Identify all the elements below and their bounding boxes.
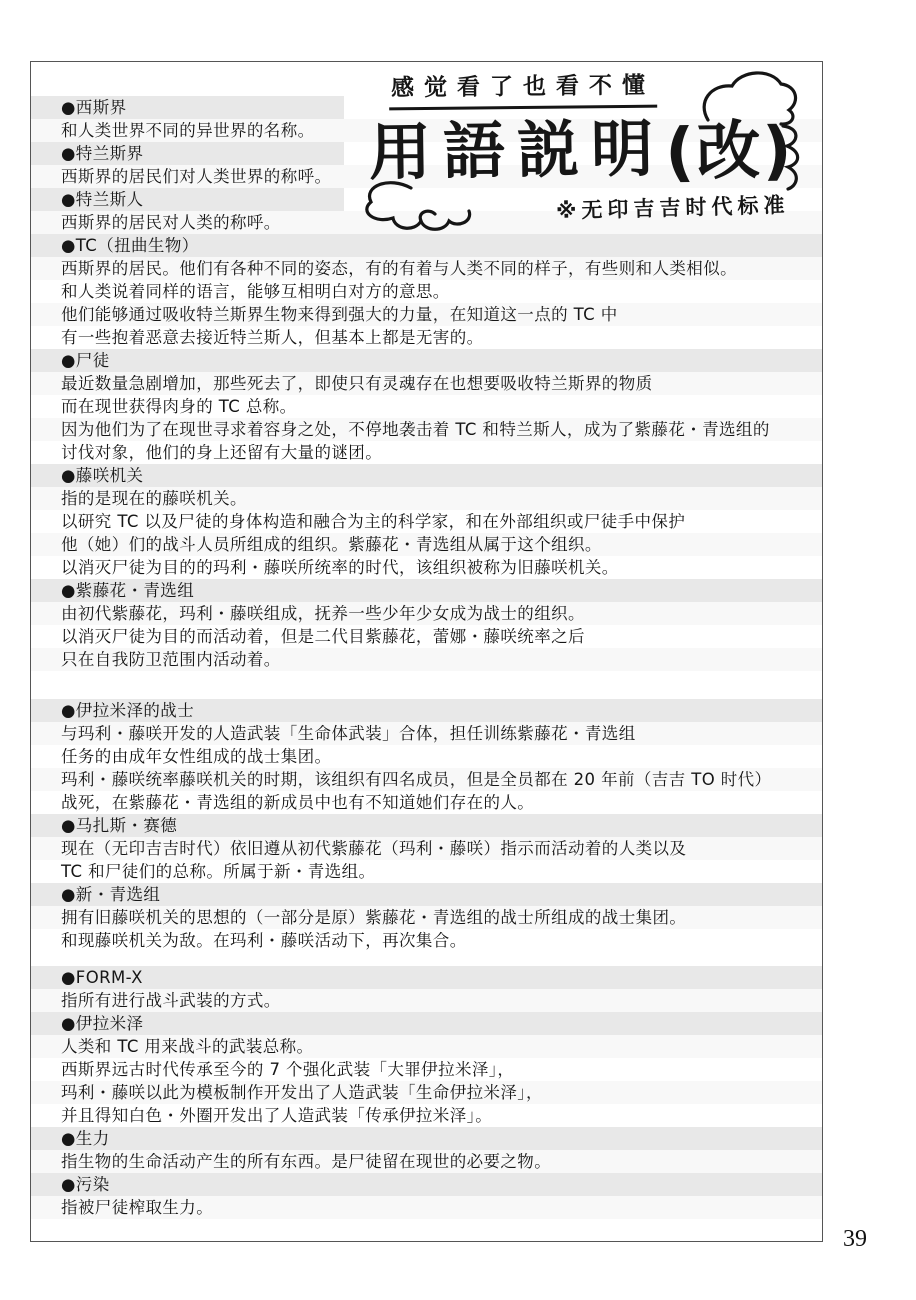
glossary-definition-line: 指被尸徒榨取生力。 <box>31 1196 822 1219</box>
glossary-definition-line: TC 和尸徒们的总称。所属于新・青选组。 <box>31 860 822 883</box>
glossary-term-header: ●特兰斯界 <box>31 142 344 165</box>
glossary-term-header: ●污染 <box>31 1173 822 1196</box>
glossary-definition-line: 以消灭尸徒为目的而活动着，但是二代目紫藤花，蕾娜・藤咲统率之后 <box>31 625 822 648</box>
glossary-term-header: ●TC（扭曲生物） <box>31 234 822 257</box>
glossary-term-header: ●马扎斯・赛德 <box>31 814 822 837</box>
glossary-term-header: ●藤咲机关 <box>31 464 822 487</box>
glossary-definition-line: 最近数量急剧增加，那些死去了，即使只有灵魂存在也想要吸收特兰斯界的物质 <box>31 372 822 395</box>
glossary-definition-line: 西斯界的居民对人类的称呼。 <box>31 211 822 234</box>
glossary-definition-line: 西斯界的居民。他们有各种不同的姿态，有的有着与人类不同的样子，有些则和人类相似。 <box>31 257 822 280</box>
glossary-definition-line: 只在自我防卫范围内活动着。 <box>31 648 822 671</box>
glossary-definition-line: 西斯界的居民们对人类世界的称呼。 <box>31 165 822 188</box>
glossary-definition-line: 以消灭尸徒为目的的玛利・藤咲所统率的时代，该组织被称为旧藤咲机关。 <box>31 556 822 579</box>
glossary-definition-line: 以研究 TC 以及尸徒的身体构造和融合为主的科学家，和在外部组织或尸徒手中保护 <box>31 510 822 533</box>
glossary-definition-line: 有一些抱着恶意去接近特兰斯人，但基本上都是无害的。 <box>31 326 822 349</box>
glossary-definition-line: 由初代紫藤花，玛利・藤咲组成，抚养一些少年少女成为战士的组织。 <box>31 602 822 625</box>
glossary-definition-line: 指生物的生命活动产生的所有东西。是尸徒留在现世的必要之物。 <box>31 1150 822 1173</box>
glossary-definition-line: 现在（无印吉吉时代）依旧遵从初代紫藤花（玛利・藤咲）指示而活动着的人类以及 <box>31 837 822 860</box>
section-spacer <box>31 952 822 966</box>
glossary-term-header: ●生力 <box>31 1127 822 1150</box>
glossary-term-header: ●西斯界 <box>31 96 344 119</box>
glossary-term-header: ●特兰斯人 <box>31 188 344 211</box>
section-spacer <box>31 671 822 699</box>
glossary-definition-line: 玛利・藤咲统率藤咲机关的时期，该组织有四名成员，但是全员都在 20 年前（吉吉 … <box>31 768 822 791</box>
page-frame: 感觉看了也看不懂 用語説明(改) ※无印吉吉时代标准 ●西斯界和人类世界不同的异… <box>30 61 823 1242</box>
glossary-definition-line: 因为他们为了在现世寻求着容身之处，不停地袭击着 TC 和特兰斯人，成为了紫藤花・… <box>31 418 822 441</box>
glossary-definition-line: 与玛利・藤咲开发的人造武装「生命体武装」合体，担任训练紫藤花・青选组 <box>31 722 822 745</box>
glossary-definition-line: 而在现世获得肉身的 TC 总称。 <box>31 395 822 418</box>
glossary-term-header: ●新・青选组 <box>31 883 822 906</box>
glossary-definition-line: 并且得知白色・外圈开发出了人造武装「传承伊拉米泽」。 <box>31 1104 822 1127</box>
glossary-definition-line: 西斯界远古时代传承至今的 7 个强化武装「大罪伊拉米泽」， <box>31 1058 822 1081</box>
glossary-definition-line: 和人类说着同样的语言，能够互相明白对方的意思。 <box>31 280 822 303</box>
glossary-definition-line: 拥有旧藤咲机关的思想的（一部分是原）紫藤花・青选组的战士所组成的战士集团。 <box>31 906 822 929</box>
glossary-definition-line: 指所有进行战斗武装的方式。 <box>31 989 822 1012</box>
glossary-term-header: ●伊拉米泽 <box>31 1012 822 1035</box>
glossary-definition-line: 他们能够通过吸收特兰斯界生物来得到强大的力量，在知道这一点的 TC 中 <box>31 303 822 326</box>
glossary-definition-line: 任务的由成年女性组成的战士集团。 <box>31 745 822 768</box>
glossary-list: ●西斯界和人类世界不同的异世界的名称。●特兰斯界西斯界的居民们对人类世界的称呼。… <box>31 96 822 1219</box>
glossary-definition-line: 他（她）们的战斗人员所组成的组织。紫藤花・青选组从属于这个组织。 <box>31 533 822 556</box>
glossary-definition-line: 和人类世界不同的异世界的名称。 <box>31 119 822 142</box>
glossary-definition-line: 指的是现在的藤咲机关。 <box>31 487 822 510</box>
glossary-definition-line: 讨伐对象，他们的身上还留有大量的谜团。 <box>31 441 822 464</box>
glossary-definition-line: 战死，在紫藤花・青选组的新成员中也有不知道她们存在的人。 <box>31 791 822 814</box>
glossary-term-header: ●紫藤花・青选组 <box>31 579 822 602</box>
glossary-definition-line: 玛利・藤咲以此为模板制作开发出了人造武装「生命伊拉米泽」， <box>31 1081 822 1104</box>
glossary-term-header: ●FORM-X <box>31 966 822 989</box>
glossary-definition-line: 人类和 TC 用来战斗的武装总称。 <box>31 1035 822 1058</box>
glossary-definition-line: 和现藤咲机关为敌。在玛利・藤咲活动下，再次集合。 <box>31 929 822 952</box>
glossary-term-header: ●伊拉米泽的战士 <box>31 699 822 722</box>
glossary-term-header: ●尸徒 <box>31 349 822 372</box>
page-number: 39 <box>843 1226 867 1253</box>
